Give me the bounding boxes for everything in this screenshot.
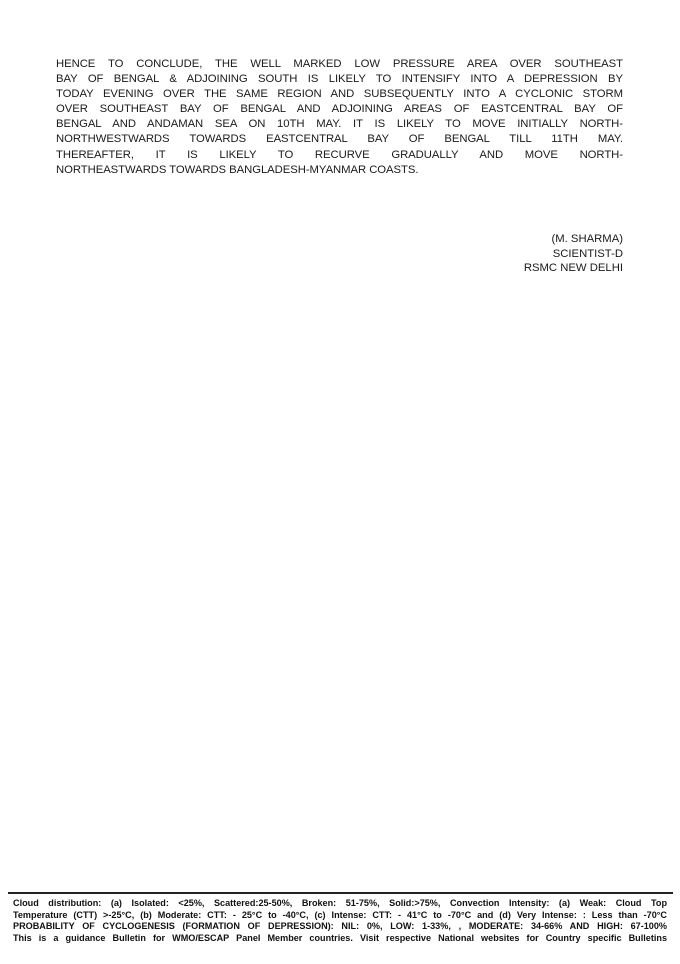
signatory-name: (M. SHARMA) xyxy=(524,232,623,247)
footer-line: PROBABILITY OF CYCLOGENESIS (FORMATION O… xyxy=(13,921,667,933)
conclusion-line: HENCE TO CONCLUDE, THE WELL MARKED LOW P… xyxy=(56,57,623,72)
footer-notes: Cloud distribution: (a) Isolated: <25%, … xyxy=(13,898,667,944)
signatory-designation: SCIENTIST-D xyxy=(524,247,623,262)
footer-line: Cloud distribution: (a) Isolated: <25%, … xyxy=(13,898,667,910)
signatory-office: RSMC NEW DELHI xyxy=(524,261,623,276)
footer-divider xyxy=(8,892,673,894)
conclusion-line: BAY OF BENGAL & ADJOINING SOUTH IS LIKEL… xyxy=(56,72,623,87)
conclusion-line: NORTHWESTWARDS TOWARDS EASTCENTRAL BAY O… xyxy=(56,132,623,147)
conclusion-line: OVER SOUTHEAST BAY OF BENGAL AND ADJOINI… xyxy=(56,102,623,117)
conclusion-line: BENGAL AND ANDAMAN SEA ON 10TH MAY. IT I… xyxy=(56,117,623,132)
conclusion-paragraph: HENCE TO CONCLUDE, THE WELL MARKED LOW P… xyxy=(56,57,623,178)
conclusion-line: THEREAFTER, IT IS LIKELY TO RECURVE GRAD… xyxy=(56,148,623,163)
footer-line: Temperature (CTT) >-25°C, (b) Moderate: … xyxy=(13,910,667,922)
footer-line: This is a guidance Bulletin for WMO/ESCA… xyxy=(13,933,667,945)
conclusion-line: NORTHEASTWARDS TOWARDS BANGLADESH-MYANMA… xyxy=(56,163,623,178)
conclusion-line: TODAY EVENING OVER THE SAME REGION AND S… xyxy=(56,87,623,102)
signature-block: (M. SHARMA) SCIENTIST-D RSMC NEW DELHI xyxy=(524,232,623,276)
